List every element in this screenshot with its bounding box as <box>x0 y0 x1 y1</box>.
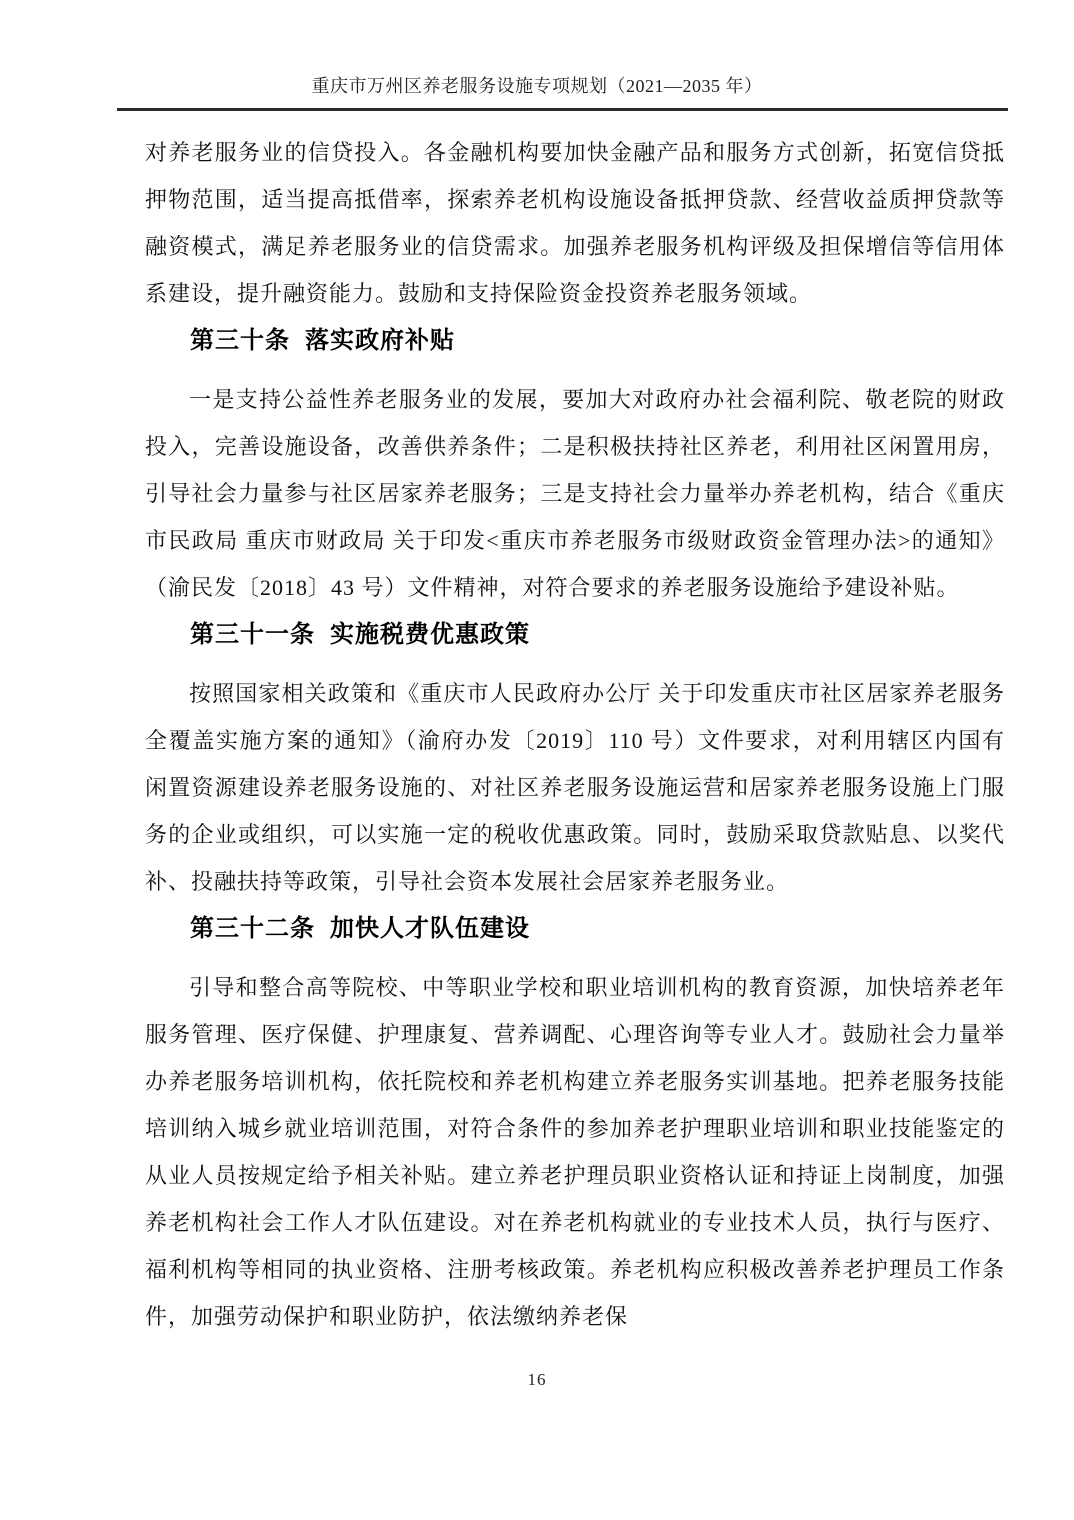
section-heading-article-30: 第三十条落实政府补贴 <box>190 317 1005 364</box>
continuation-paragraph: 对养老服务业的信贷投入。各金融机构要加快金融产品和服务方式创新，拓宽信贷抵押物范… <box>145 129 1005 317</box>
document-body: 对养老服务业的信贷投入。各金融机构要加快金融产品和服务方式创新，拓宽信贷抵押物范… <box>145 129 1005 1340</box>
heading-number: 第三十二条 <box>190 915 315 942</box>
heading-title: 落实政府补贴 <box>305 327 455 354</box>
document-page: 重庆市万州区养老服务设施专项规划（2021—2035 年） 对养老服务业的信贷投… <box>0 0 1074 1520</box>
header-rule <box>117 108 1008 111</box>
section-heading-article-31: 第三十一条实施税费优惠政策 <box>190 611 1005 658</box>
section-paragraph-article-30: 一是支持公益性养老服务业的发展，要加大对政府办社会福利院、敬老院的财政投入，完善… <box>145 376 1005 611</box>
section-paragraph-article-32: 引导和整合高等院校、中等职业学校和职业培训机构的教育资源，加快培养老年服务管理、… <box>145 964 1005 1340</box>
heading-number: 第三十条 <box>190 327 290 354</box>
page-number: 16 <box>0 1370 1074 1390</box>
heading-title: 实施税费优惠政策 <box>330 621 530 648</box>
heading-title: 加快人才队伍建设 <box>330 915 530 942</box>
section-heading-article-32: 第三十二条加快人才队伍建设 <box>190 905 1005 952</box>
section-paragraph-article-31: 按照国家相关政策和《重庆市人民政府办公厅 关于印发重庆市社区居家养老服务全覆盖实… <box>145 670 1005 905</box>
page-header: 重庆市万州区养老服务设施专项规划（2021—2035 年） <box>0 0 1074 111</box>
heading-number: 第三十一条 <box>190 621 315 648</box>
header-title: 重庆市万州区养老服务设施专项规划（2021—2035 年） <box>0 74 1074 98</box>
